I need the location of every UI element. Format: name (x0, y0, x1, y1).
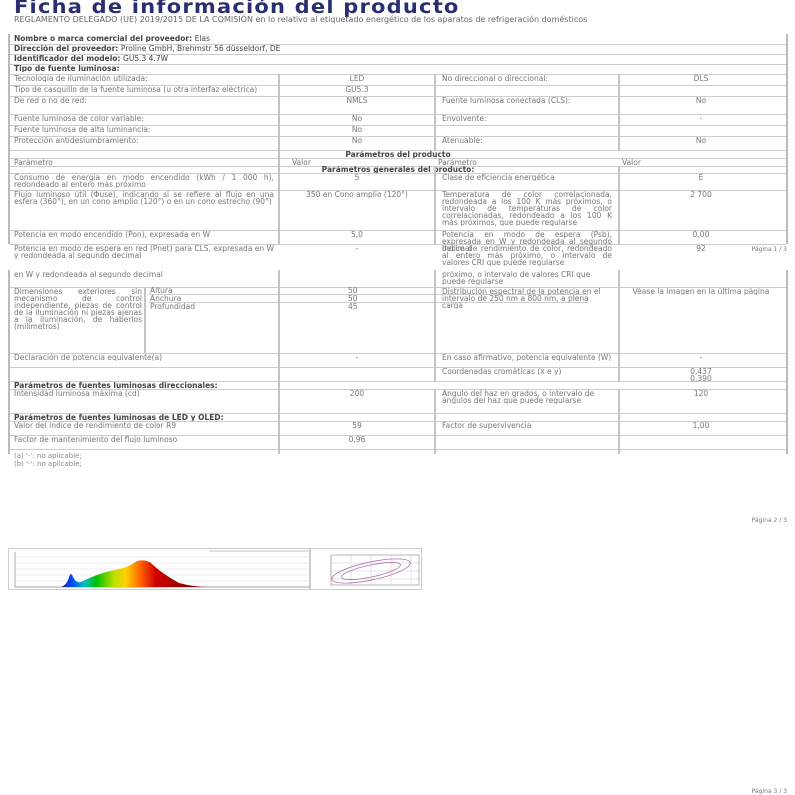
light-source-param-value-2: No (622, 97, 780, 104)
lumen-maintenance-label: Factor de mantenimiento del flujo lumino… (14, 436, 274, 443)
chromaticity-label: Coordenadas cromáticas (x e y) (442, 368, 612, 375)
light-source-param-value: LED (282, 75, 432, 82)
column-divider (618, 270, 620, 381)
max-intensity-value: 200 (282, 390, 432, 397)
dimension-value: 45 (348, 303, 358, 310)
light-source-param-value: No (282, 126, 432, 133)
product-param-value: 5 (282, 174, 432, 181)
product-info-table: Nombre o marca comercial del proveedor: … (8, 34, 788, 244)
light-source-row: Protección antideslumbramiento: No Atenu… (10, 136, 786, 151)
light-source-param-label: Fuente luminosa de color variable: (14, 115, 274, 122)
column-divider (434, 74, 436, 150)
light-source-param-value: No (282, 137, 432, 144)
equivalent-row: Declaración de potencia equivalente(a) -… (10, 353, 786, 368)
max-intensity-label: Intensidad luminosa máxima (cd) (14, 390, 274, 397)
dimensions-label: Dimensiones exteriores sin mecanismo de … (14, 288, 142, 330)
directional-row: Intensidad luminosa máxima (cd) 200 Ángu… (10, 389, 786, 414)
light-source-row: De red o no de red: NMLS Fuente luminosa… (10, 96, 786, 115)
equivalent-power-value: - (622, 354, 780, 361)
column-divider (618, 389, 620, 454)
equivalent-label: Declaración de potencia equivalente(a) (14, 354, 274, 361)
supplier-name-value: Elas (195, 35, 210, 42)
product-param-row: Potencia en modo encendido (Pon), expres… (10, 230, 786, 245)
product-param-label-2: Temperatura de color correlacionada, red… (442, 191, 612, 226)
light-source-param-label-2: Fuente luminosa conectada (CLS): (442, 97, 612, 104)
spectral-distribution-value: Véase la imagen en la última página (622, 288, 780, 295)
product-param-value-2: 0,00 (622, 231, 780, 238)
light-source-param-label: Tipo de casquillo de la fuente luminosa … (14, 86, 274, 93)
product-param-value: - (282, 245, 432, 252)
product-param-value: 350 en Cono amplio (120°) (282, 191, 432, 198)
dimension-value: 50 (348, 287, 358, 294)
product-param-value-2: E (622, 174, 780, 181)
product-params-title: Parámetros del producto (10, 151, 786, 158)
regulation-subtitle: REGLAMENTO DELEGADO (UE) 2019/2015 DE LA… (14, 16, 784, 24)
column-divider (618, 166, 620, 244)
spectral-distribution-label: Distribución espectral de la potencia en… (442, 288, 612, 309)
product-param-label-2: Clase de eficiencia energética (442, 174, 612, 181)
supplier-address-value: Proline GmbH, Brehmstr 56 düsseldorf, DE (121, 45, 280, 52)
light-source-param-value: GU5.3 (282, 86, 432, 93)
light-source-param-label: Protección antideslumbramiento: (14, 137, 274, 144)
light-source-param-label: Fuente luminosa de alta luminancia: (14, 126, 274, 133)
light-source-type-label: Tipo de fuente luminosa: (14, 65, 120, 72)
lumen-maintenance-row: Factor de mantenimiento del flujo lumino… (10, 435, 786, 450)
standby-net-label-cont: en W y redondeada al segundo decimal (14, 271, 274, 278)
column-divider (618, 74, 620, 150)
survival-factor-label: Factor de supervivencia (442, 422, 612, 429)
col-header-value-2: Valor (622, 159, 641, 166)
column-divider (434, 166, 436, 244)
column-divider (434, 389, 436, 454)
page-number: Página 3 / 3 (752, 788, 787, 795)
survival-factor-value: 1,00 (622, 422, 780, 429)
product-param-label: Consumo de energía en modo encendido (kW… (14, 174, 274, 188)
page-number: Página 2 / 3 (752, 517, 787, 524)
light-source-param-value-2: No (622, 137, 780, 144)
chromaticity-plot (311, 549, 421, 589)
product-param-row: Flujo luminoso útil (Φuse), indicando si… (10, 190, 786, 231)
col-header-param: Parámetro (14, 159, 53, 166)
lumen-maintenance-value: 0,96 (282, 436, 432, 443)
r9-value: 59 (282, 422, 432, 429)
model-label: Identificador del modelo: (14, 55, 120, 62)
spectrum-plot (9, 549, 309, 589)
standby-net-continued-row: en W y redondeada al segundo decimal pró… (10, 270, 786, 288)
model-value: GU5.3 4.7W (123, 55, 168, 62)
product-param-row: Potencia en modo de espera en red (Pnet)… (10, 244, 786, 258)
product-param-value-2: 2 700 (622, 191, 780, 198)
light-source-param-label-2: Envolvente: (442, 115, 612, 122)
footnote-a: (a) '-': no aplicable; (14, 453, 82, 460)
column-divider (434, 270, 436, 381)
column-divider (278, 74, 280, 244)
chromaticity-values: 0,437 0,390 (622, 368, 780, 382)
column-divider (278, 270, 280, 454)
dimension-label: Profundidad (150, 303, 195, 310)
spectral-distribution-chart (8, 548, 310, 590)
light-source-param-label: De red o no de red: (14, 97, 274, 104)
chromaticity-row: Coordenadas cromáticas (x e y) 0,437 0,3… (10, 367, 786, 382)
product-param-label-2: Índice de rendimiento de color, redondea… (442, 245, 612, 266)
product-param-label: Potencia en modo encendido (Pon), expres… (14, 231, 274, 238)
footnote-b: (b) '-': no aplicable; (14, 461, 82, 468)
r9-label: Valor del índice de rendimiento de color… (14, 422, 274, 429)
light-source-param-label-2: No direccional o direccional: (442, 75, 612, 82)
general-params-title: Parámetros generales del producto: (10, 166, 786, 173)
column-divider (144, 287, 146, 353)
chromaticity-diagram (310, 548, 422, 590)
equivalent-value: - (282, 354, 432, 361)
page-3: Página 3 / 3 (0, 540, 795, 795)
dimension-label: Altura (150, 287, 173, 294)
page-1: Ficha de información del producto REGLAM… (0, 0, 795, 260)
led-oled-title: Parámetros de fuentes luminosas de LED y… (14, 414, 224, 421)
product-param-label: Flujo luminoso útil (Φuse), indicando si… (14, 191, 274, 205)
directional-title: Parámetros de fuentes luminosas direccio… (14, 382, 218, 389)
page-number: Página 1 / 3 (752, 246, 787, 253)
cri-label-cont: próximo, o intervalo de valores CRI que … (442, 271, 612, 285)
beam-angle-label: Ángulo del haz en grados, o intervalo de… (442, 390, 612, 404)
product-param-value: 5,0 (282, 231, 432, 238)
light-source-param-value: No (282, 115, 432, 122)
supplier-name-label: Nombre o marca comercial del proveedor: (14, 35, 192, 42)
col-header-value: Valor (292, 159, 311, 166)
dimension-label: Anchura (150, 295, 181, 302)
r9-row: Valor del índice de rendimiento de color… (10, 421, 786, 436)
dimension-value: 50 (348, 295, 358, 302)
light-source-param-label-2: Atenuable: (442, 137, 612, 144)
product-param-row: Consumo de energía en modo encendido (kW… (10, 173, 786, 191)
light-source-param-value-2: - (622, 115, 780, 122)
light-source-param-value: NMLS (282, 97, 432, 104)
beam-angle-value: 120 (622, 390, 780, 397)
equivalent-power-label: En caso afirmativo, potencia equivalente… (442, 354, 612, 361)
page-2: en W y redondeada al segundo decimal pró… (0, 270, 795, 530)
light-source-param-value-2: DLS (622, 75, 780, 82)
col-header-param-2: Parámetro (438, 159, 477, 166)
product-info-table-continued: en W y redondeada al segundo decimal pró… (8, 270, 788, 454)
dimensions-row: Dimensiones exteriores sin mecanismo de … (10, 287, 786, 354)
light-source-param-label: Tecnología de iluminación utilizada: (14, 75, 274, 82)
supplier-address-label: Dirección del proveedor: (14, 45, 118, 52)
product-param-label: Potencia en modo de espera en red (Pnet)… (14, 245, 274, 259)
